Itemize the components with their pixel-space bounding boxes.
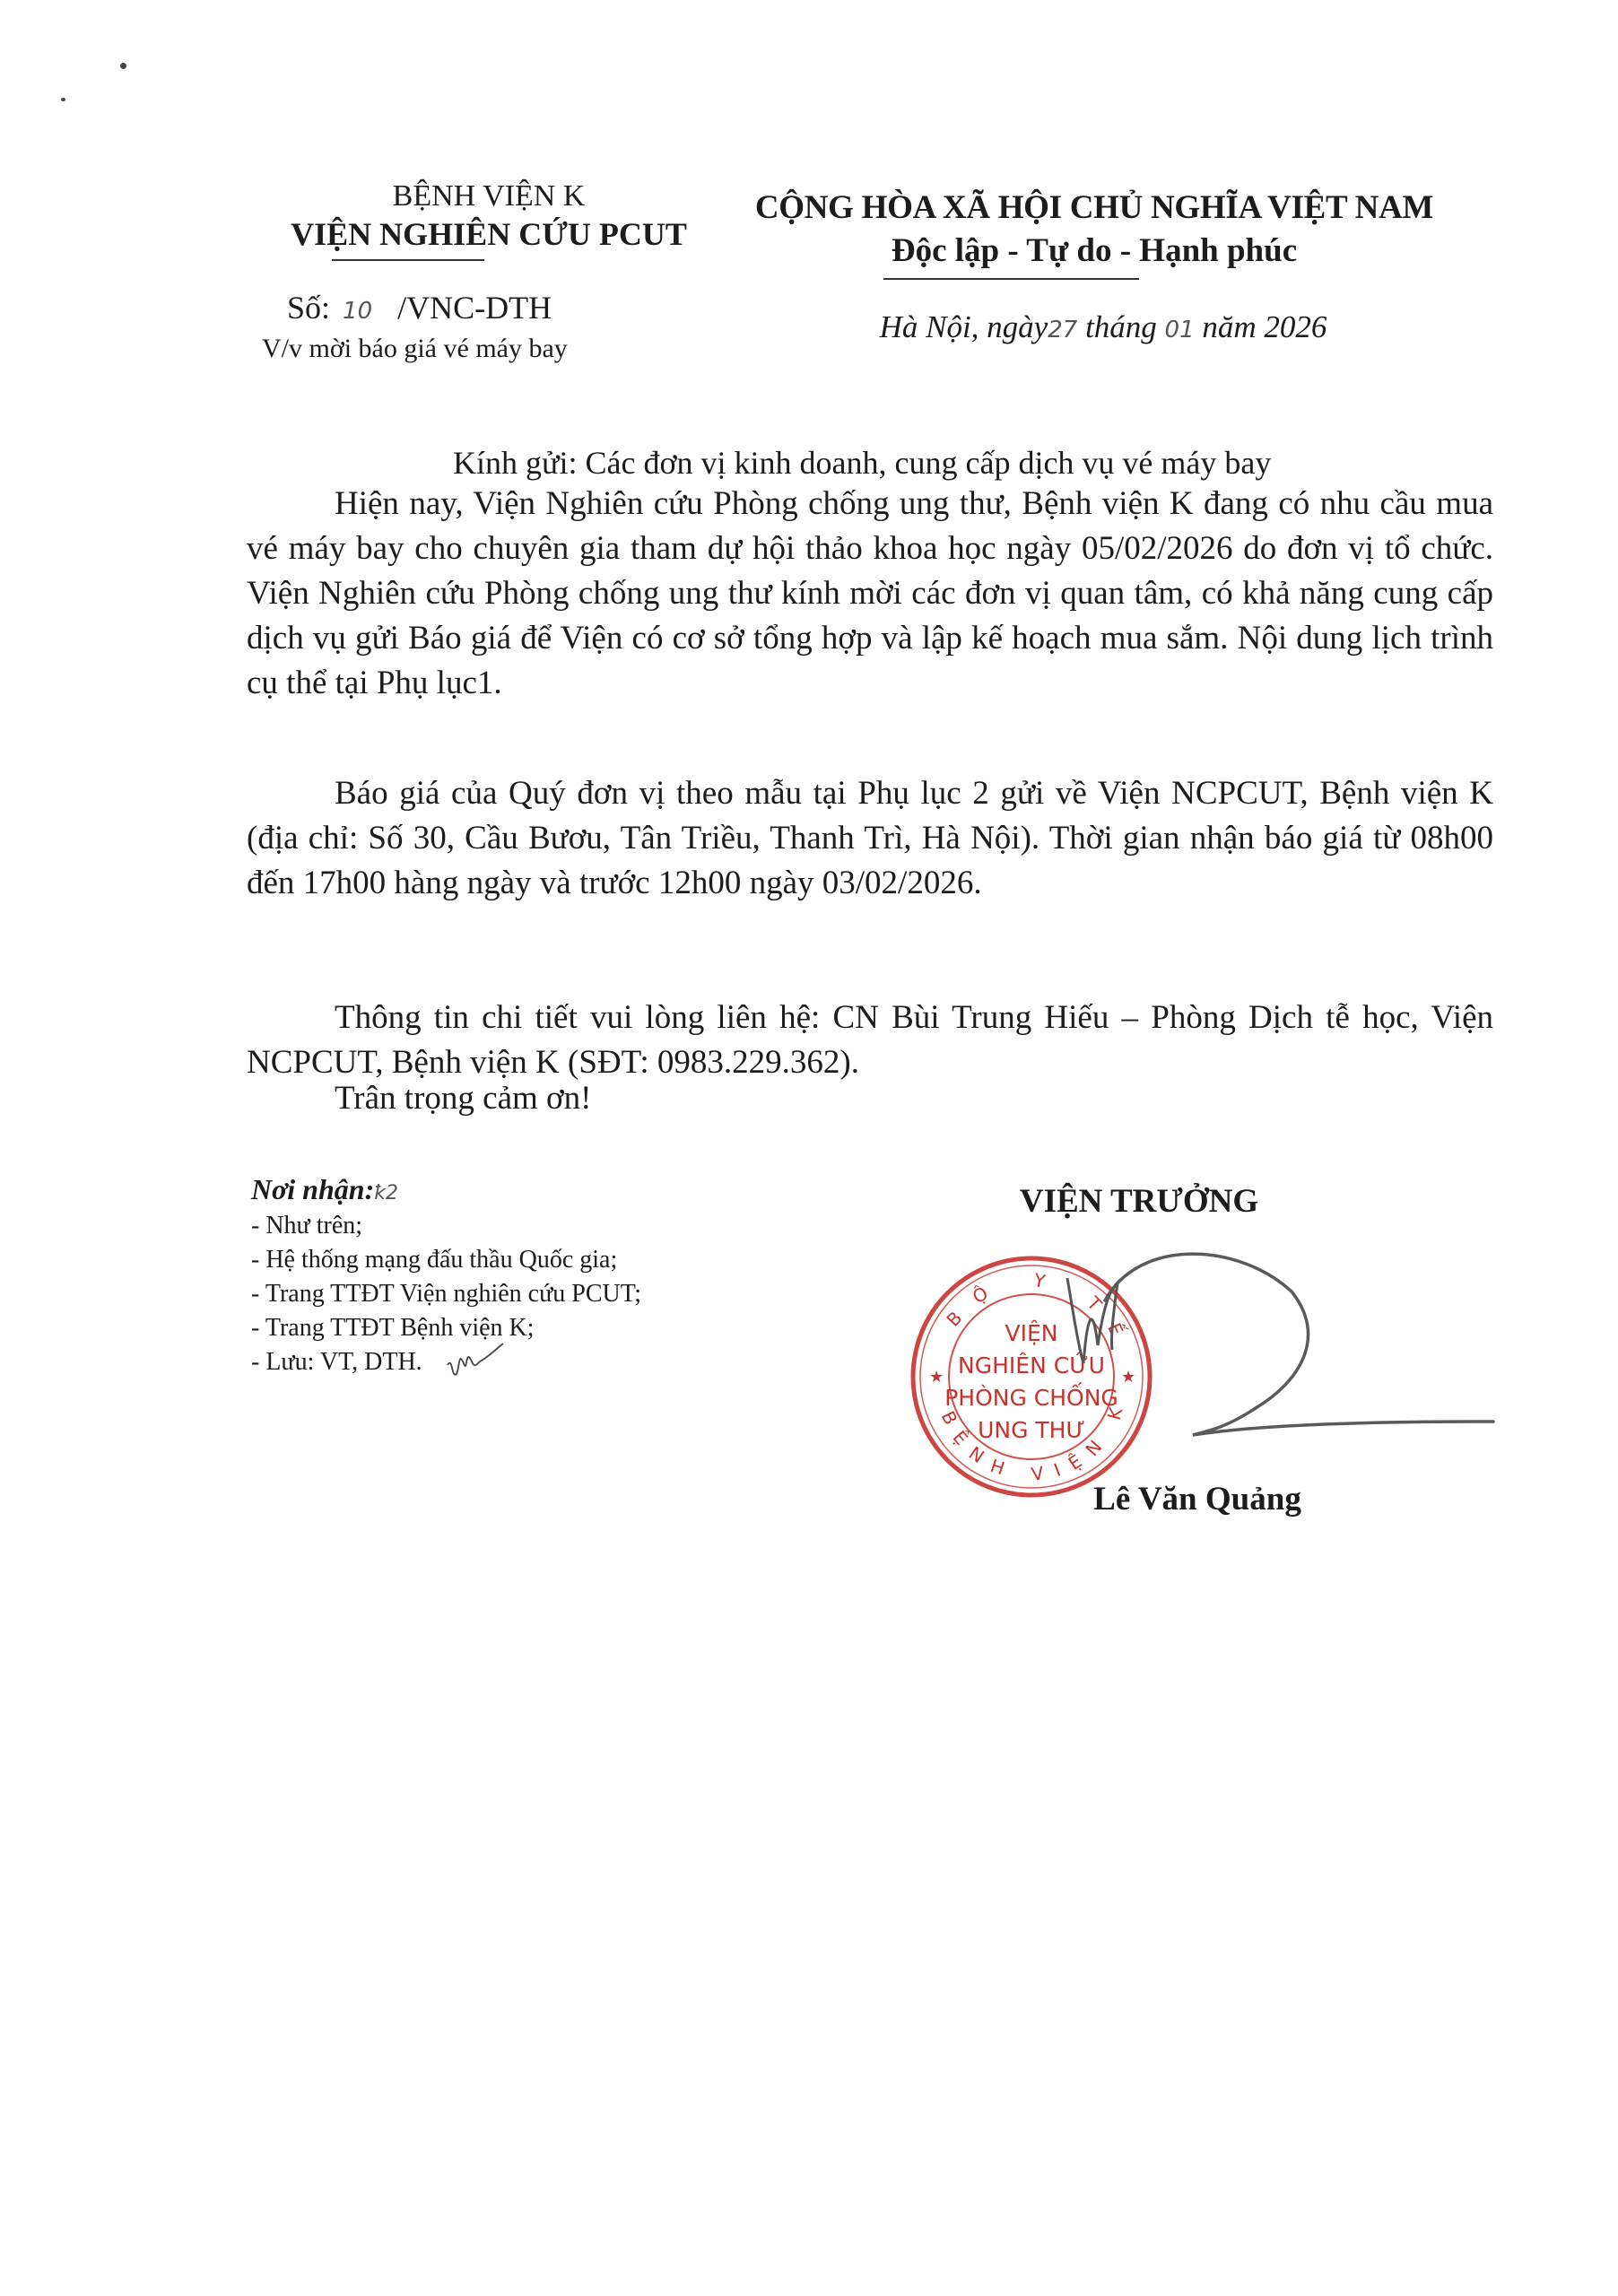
number-suffix: /VNC-DTH [397, 290, 552, 326]
date-month-label: tháng [1085, 309, 1157, 344]
number-label: Số: [287, 290, 330, 326]
recipient-item: - Lưu: VT, DTH. [251, 1345, 641, 1379]
closing: Trân trọng cảm ơn! [335, 1079, 591, 1118]
initial-mark: ꝁ2 [374, 1182, 398, 1205]
date-month: 01 [1165, 317, 1195, 344]
org-name: VIỆN NGHIÊN CỨU PCUT [215, 215, 762, 253]
number-handwritten: 10 [343, 298, 372, 325]
recipient-item: - Trang TTĐT Viện nghiên cứu PCUT; [251, 1277, 641, 1311]
org-parent: BỆNH VIỆN K [269, 179, 709, 213]
date-day: 27 [1048, 317, 1077, 344]
paragraph-2: Báo giá của Quý đơn vị theo mẫu tại Phụ … [247, 771, 1493, 906]
date-prefix: Hà Nội, ngày [880, 309, 1048, 344]
document-date: Hà Nội, ngày27 tháng 01 năm 2026 [789, 309, 1417, 345]
signer-name: Lê Văn Quảng [1058, 1480, 1336, 1518]
document-subject: V/v mời báo giá vé máy bay [262, 334, 568, 364]
handwritten-signature-icon [1031, 1247, 1498, 1453]
recipient-item-text: - Lưu: VT, DTH. [251, 1348, 422, 1376]
national-motto: Độc lập - Tự do - Hạnh phúc [709, 231, 1480, 270]
signer-title: VIỆN TRƯỞNG [987, 1182, 1292, 1221]
svg-text:★: ★ [929, 1368, 944, 1387]
recipients-label-text: Nơi nhận: [251, 1173, 374, 1205]
recipient-item: - Như trên; [251, 1209, 641, 1243]
country-name: CỘNG HÒA XÃ HỘI CHỦ NGHĨA VIỆT NAM [709, 188, 1480, 227]
salutation: Kính gửi: Các đơn vị kinh doanh, cung cấ… [453, 444, 1271, 482]
scan-speck [120, 63, 126, 69]
org-underline [332, 259, 484, 261]
document-number: Số:10/VNC-DTH [287, 289, 552, 326]
paragraph-3: Thông tin chi tiết vui lòng liên hệ: CN … [247, 996, 1493, 1085]
recipients-list: - Như trên; - Hệ thống mạng đấu thầu Quố… [251, 1209, 641, 1379]
recipients-label: Nơi nhận:ꝁ2 [251, 1173, 398, 1206]
date-year: năm 2026 [1202, 309, 1327, 344]
recipient-item: - Hệ thống mạng đấu thầu Quốc gia; [251, 1243, 641, 1277]
paragraph-1: Hiện nay, Viện Nghiên cứu Phòng chống un… [247, 482, 1493, 706]
motto-underline [883, 278, 1139, 280]
initials-scribble-icon [444, 1338, 507, 1383]
scan-speck [61, 98, 65, 101]
